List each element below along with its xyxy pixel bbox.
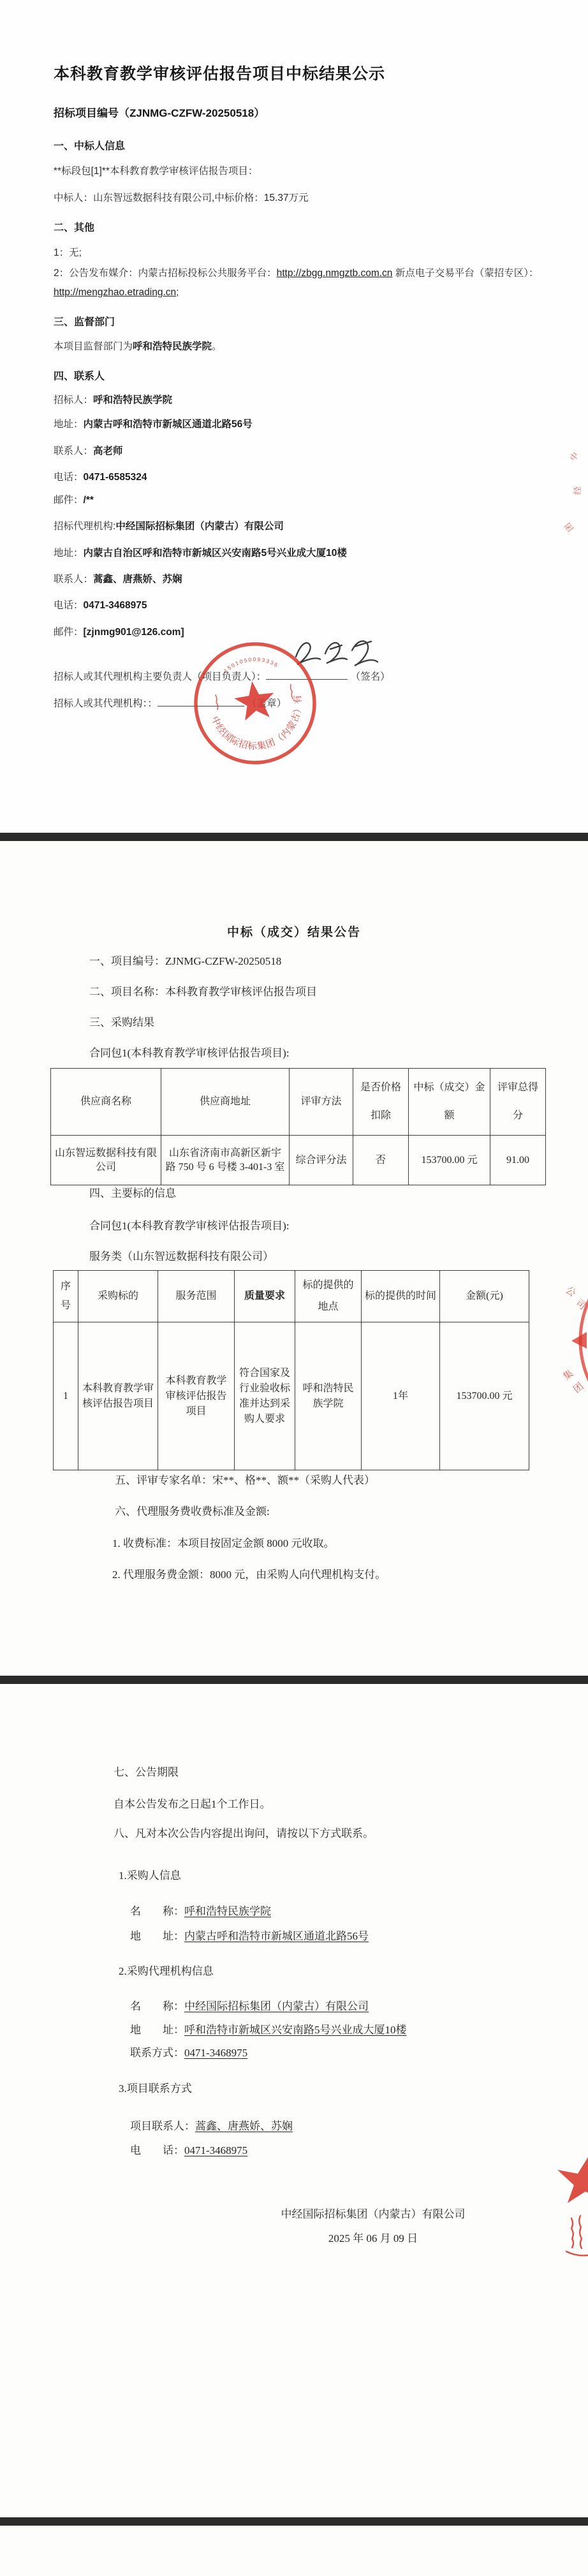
contract-package-line: 合同包1(本科教育教学审核评估报告项目): <box>89 1046 290 1060</box>
contact-value: /** <box>84 495 94 506</box>
inquiry-heading: 八、凡对本次公告内容提出询问，请按以下方式联系。 <box>114 1827 374 1841</box>
svg-text:集: 集 <box>561 1368 575 1383</box>
field-value: 0471-3468975 <box>184 2144 247 2156</box>
contact-row: 招标人：呼和浩特民族学院 <box>54 392 172 406</box>
supervise-prefix: 本项目监督部门为 <box>54 341 133 352</box>
contact-row: 联系人：高老师 <box>54 443 123 457</box>
winner-line: 中标人：山东智远数据科技有限公司,中标价格：15.37万元 <box>54 190 309 204</box>
service-class-line: 服务类（山东智远数据科技有限公司） <box>89 1250 274 1264</box>
table-header-cell: 供应商地址 <box>161 1069 290 1136</box>
field-label: 项目联系人： <box>130 2120 195 2132</box>
contact-label: 地址： <box>54 548 84 559</box>
partial-seal-stamp <box>550 2156 588 2283</box>
svg-text:团: 团 <box>563 521 576 533</box>
service-scope-cell: 本科教育教学审核评估报告项目 <box>158 1322 235 1470</box>
section-1-heading: 一、中标人信息 <box>54 138 125 152</box>
purchaser-info-title: 1.采购人信息 <box>119 1869 181 1883</box>
contact-value: 内蒙古呼和浩特市新城区通道北路56号 <box>84 419 253 430</box>
platform-link-1[interactable]: http://zbgg.nmgztb.com.cn <box>277 268 393 279</box>
fee-amount-line: 2. 代理服务费金额：8000 元，由采购人向代理机构支付。 <box>112 1568 386 1582</box>
table-header-cell: 评审总得分 <box>490 1069 546 1136</box>
table-header-cell: 是否价格扣除 <box>353 1069 409 1136</box>
signoff-date: 2025 年 06 月 09 日 <box>261 2232 485 2246</box>
project-contact-title: 3.项目联系方式 <box>119 2082 192 2096</box>
field-value: 中经国际招标集团（内蒙古）有限公司 <box>184 2000 369 2012</box>
subject-cell: 本科教育教学审核评估报告项目 <box>78 1322 158 1470</box>
field-value: 呼和浩特市新城区兴安南路5号兴业成大厦10楼 <box>184 2024 407 2036</box>
svg-text:1501050093336: 1501050093336 <box>221 652 281 676</box>
contact-value: 中经国际招标集团（内蒙古）有限公司 <box>115 521 284 532</box>
table-header-cell: 质量要求 <box>235 1271 295 1322</box>
contact-label: 地址： <box>54 419 84 430</box>
field-row: 联系方式：0471-3468975 <box>130 2046 247 2060</box>
contact-label: 联系人： <box>54 446 93 457</box>
media-mid: 新点电子交易平台（蒙招专区）： <box>392 268 538 279</box>
quality-cell: 符合国家及行业验收标准并达到采购人要求 <box>235 1322 295 1470</box>
contact-label: 招标代理机构: <box>54 521 115 532</box>
seal-code-text: 1501050093336 <box>221 652 281 676</box>
contact-row: 招标代理机构:中经国际招标集团（内蒙古）有限公司 <box>54 518 284 532</box>
review-method-cell: 综合评分法 <box>290 1136 353 1185</box>
contact-value: 蒿鑫、唐燕娇、苏娴 <box>93 574 182 585</box>
seal-company-text: 中经国际招标集团（内蒙古）有限公司 <box>183 631 310 761</box>
contact-value: [zjnmg901@126.com] <box>84 627 184 638</box>
svg-text:公: 公 <box>564 1285 578 1299</box>
page-3: 七、公告期限 自本公告发布之日起1个工作日。 八、凡对本次公告内容提出询问，请按… <box>0 1684 588 2517</box>
supplier-result-table: 供应商名称 供应商地址 评审方法 是否价格扣除 中标（成交）金额 评审总得分 山… <box>50 1068 546 1185</box>
contact-row: 地址：内蒙古自治区呼和浩特市新城区兴安南路5号兴业成大厦10楼 <box>54 545 347 559</box>
duration-cell: 1年 <box>362 1322 440 1470</box>
contact-value: 0471-3468975 <box>84 600 147 611</box>
agency-info-title: 2.采购代理机构信息 <box>119 1965 214 1979</box>
svg-text:团: 团 <box>571 1381 585 1396</box>
field-row: 项目联系人：蒿鑫、唐燕娇、苏娴 <box>130 2119 293 2133</box>
supervise-suffix: 。 <box>212 341 222 352</box>
price-deduction-cell: 否 <box>353 1136 409 1185</box>
package-line: **标段包[1]**本科教育教学审核评估报告项目： <box>54 163 258 177</box>
page-separator <box>0 1676 588 1684</box>
project-name-line: 二、项目名称：本科教育教学审核评估报告项目 <box>89 985 317 999</box>
contact-value: 内蒙古自治区呼和浩特市新城区兴安南路5号兴业成大厦10楼 <box>84 548 347 559</box>
field-row: 地 址：呼和浩特市新城区兴安南路5号兴业成大厦10楼 <box>130 2023 407 2037</box>
stamp-label: 招标人或其代理机构：： <box>54 698 158 709</box>
section-2-heading: 二、其他 <box>54 219 94 234</box>
contact-label: 电话： <box>54 472 84 483</box>
field-label: 地 址： <box>130 1930 184 1942</box>
location-cell: 呼和浩特民族学院 <box>295 1322 362 1470</box>
contract-package-line-2: 合同包1(本科教育教学审核评估报告项目): <box>89 1219 290 1233</box>
supervising-dept-line: 本项目监督部门为呼和浩特民族学院。 <box>54 339 222 353</box>
table-header-cell: 采购标的 <box>78 1271 158 1322</box>
table-row: 1 本科教育教学审核评估报告项目 本科教育教学审核评估报告项目 符合国家及行业验… <box>54 1322 529 1470</box>
field-label: 名 称： <box>130 1905 184 1917</box>
contact-label: 联系人： <box>54 574 93 585</box>
table-header-cell: 序号 <box>54 1271 78 1322</box>
table-header-cell: 金额(元) <box>440 1271 529 1322</box>
field-row: 名 称：呼和浩特民族学院 <box>130 1905 271 1919</box>
page-separator <box>0 833 588 841</box>
table-header-cell: 标的提供的时间 <box>362 1271 440 1322</box>
announcement-title: 中标（成交）结果公告 <box>0 923 588 940</box>
signoff-block: 中经国际招标集团（内蒙古）有限公司 2025 年 06 月 09 日 <box>261 2207 485 2246</box>
procurement-result-heading: 三、采购结果 <box>89 1016 154 1030</box>
project-number-line: 一、项目编号：ZJNMG-CZFW-20250518 <box>89 955 281 969</box>
supplier-name-cell: 山东智远数据科技有限公司 <box>51 1136 161 1185</box>
award-amount-cell: 153700.00 元 <box>409 1136 490 1185</box>
media-suffix: ; <box>176 287 179 298</box>
supplier-address-cell: 山东省济南市高新区新宇路 750 号 6 号楼 3-401-3 室 <box>161 1136 290 1185</box>
other-item-1: 1：无; <box>54 245 82 259</box>
contact-label: 邮件： <box>54 627 84 638</box>
document: 本科教育教学审核评估报告项目中标结果公示 招标项目编号（ZJNMG-CZFW-2… <box>0 0 588 2576</box>
signoff-company: 中经国际招标集团（内蒙古）有限公司 <box>261 2207 485 2221</box>
table-header-row: 供应商名称 供应商地址 评审方法 是否价格扣除 中标（成交）金额 评审总得分 <box>51 1069 546 1136</box>
field-value: 呼和浩特民族学院 <box>184 1905 271 1917</box>
field-value: 0471-3468975 <box>184 2047 247 2059</box>
section-4-heading: 四、联系人 <box>54 368 105 383</box>
table-header-row: 序号 采购标的 服务范围 质量要求 标的提供的地点 标的提供的时间 金额(元) <box>54 1271 529 1322</box>
other-item-2: 2：公告发布媒介：内蒙古招标投标公共服务平台：http://zbgg.nmgzt… <box>54 264 547 302</box>
seq-cell: 1 <box>54 1322 78 1470</box>
expert-list-line: 五、评审专家名单：宋**、格**、额**（采购人代表） <box>115 1474 375 1488</box>
table-header-cell: 评审方法 <box>290 1069 353 1136</box>
review-score-cell: 91.00 <box>490 1136 546 1185</box>
field-row: 名 称：中经国际招标集团（内蒙古）有限公司 <box>130 2000 369 2014</box>
page-title: 本科教育教学审核评估报告项目中标结果公示 <box>54 61 385 84</box>
table-header-cell: 中标（成交）金额 <box>409 1069 490 1136</box>
page-2: 中标（成交）结果公告 一、项目编号：ZJNMG-CZFW-20250518 二、… <box>0 841 588 1676</box>
field-value: 蒿鑫、唐燕娇、苏娴 <box>195 2120 293 2132</box>
svg-text:中经国际招标集团（内蒙古）有限公司: 中经国际招标集团（内蒙古）有限公司 <box>183 631 310 761</box>
contact-row: 地址：内蒙古呼和浩特市新城区通道北路56号 <box>54 416 253 430</box>
contact-row: 电话：0471-6585324 <box>54 469 147 483</box>
table-header-cell: 供应商名称 <box>51 1069 161 1136</box>
field-label: 地 址： <box>130 2024 184 2036</box>
announcement-period-heading: 七、公告期限 <box>114 1766 179 1780</box>
contact-label: 邮件： <box>54 495 84 506</box>
contact-row: 联系人：蒿鑫、唐燕娇、苏娴 <box>54 571 182 585</box>
contact-value: 呼和浩特民族学院 <box>93 395 172 406</box>
field-value: 内蒙古呼和浩特市新城区通道北路56号 <box>184 1930 369 1942</box>
contact-row: 邮件：/** <box>54 492 94 506</box>
bid-project-number: 招标项目编号（ZJNMG-CZFW-20250518） <box>54 104 265 120</box>
svg-text:中: 中 <box>568 450 581 462</box>
table-row: 山东智远数据科技有限公司 山东省济南市高新区新宇路 750 号 6 号楼 3-4… <box>51 1136 546 1185</box>
company-seal-stamp: 中经国际招标集团（内蒙古）有限公司 1501050093336 <box>183 631 327 775</box>
media-prefix: 2：公告发布媒介：内蒙古招标投标公共服务平台： <box>54 268 277 279</box>
field-label: 名 称： <box>130 2000 184 2012</box>
contact-label: 招标人： <box>54 395 93 406</box>
partial-seal-stamp: 公 司 集 团 <box>550 1267 588 1414</box>
announcement-period-body: 自本公告发布之日起1个工作日。 <box>114 1797 271 1811</box>
field-row: 地 址：内蒙古呼和浩特市新城区通道北路56号 <box>130 1929 369 1943</box>
table-header-cell: 标的提供的地点 <box>295 1271 362 1322</box>
page-separator <box>0 2517 588 2526</box>
contact-value: 0471-6585324 <box>84 472 147 483</box>
subject-detail-table: 序号 采购标的 服务范围 质量要求 标的提供的地点 标的提供的时间 金额(元) … <box>53 1270 529 1470</box>
page-1: 本科教育教学审核评估报告项目中标结果公示 招标项目编号（ZJNMG-CZFW-2… <box>0 0 588 833</box>
contact-row: 电话：0471-3468975 <box>54 597 147 611</box>
partial-seal-stamp: 中 经 团 <box>556 423 588 566</box>
field-label: 联系方式： <box>130 2047 184 2059</box>
platform-link-2[interactable]: http://mengzhao.etrading.cn <box>54 287 176 298</box>
main-subject-heading: 四、主要标的信息 <box>89 1187 176 1201</box>
section-3-heading: 三、监督部门 <box>54 314 115 328</box>
contact-label: 电话： <box>54 600 84 611</box>
svg-text:经: 经 <box>573 487 582 495</box>
contact-value: 高老师 <box>93 446 123 457</box>
page-4 <box>0 2526 588 2576</box>
fee-standard-line: 1. 收费标准：本项目按固定金额 8000 元收取。 <box>112 1537 335 1551</box>
supervise-value: 呼和浩特民族学院 <box>133 341 212 352</box>
field-row: 电 话：0471-3468975 <box>130 2144 247 2158</box>
agency-fee-heading: 六、代理服务费收费标准及金额: <box>115 1505 270 1519</box>
contact-row: 邮件：[zjnmg901@126.com] <box>54 624 184 638</box>
amount-cell: 153700.00 元 <box>440 1322 529 1470</box>
field-label: 电 话： <box>130 2144 184 2156</box>
table-header-cell: 服务范围 <box>158 1271 235 1322</box>
